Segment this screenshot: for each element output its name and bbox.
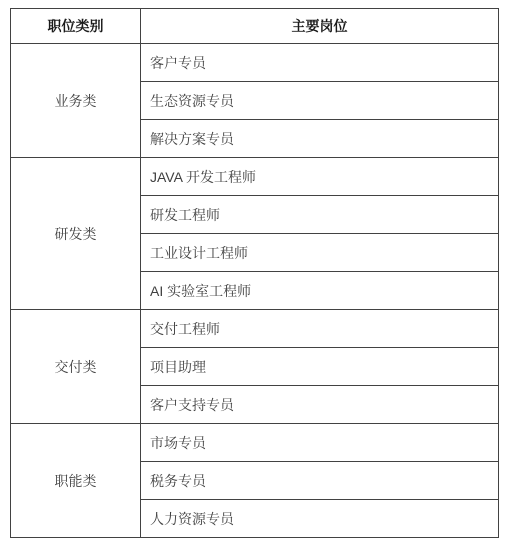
category-cell: 业务类	[11, 44, 141, 158]
job-positions-table: 职位类别 主要岗位 业务类客户专员生态资源专员解决方案专员研发类JAVA 开发工…	[10, 8, 499, 538]
header-category: 职位类别	[11, 9, 141, 44]
category-cell: 交付类	[11, 310, 141, 424]
table-row: 职能类市场专员	[11, 424, 499, 462]
job-positions-table-container: 职位类别 主要岗位 业务类客户专员生态资源专员解决方案专员研发类JAVA 开发工…	[10, 8, 499, 538]
position-cell: 税务专员	[141, 462, 499, 500]
position-cell: AI 实验室工程师	[141, 272, 499, 310]
position-cell: 工业设计工程师	[141, 234, 499, 272]
position-cell: 研发工程师	[141, 196, 499, 234]
position-cell: 生态资源专员	[141, 82, 499, 120]
position-cell: JAVA 开发工程师	[141, 158, 499, 196]
table-row: 研发类JAVA 开发工程师	[11, 158, 499, 196]
position-cell: 交付工程师	[141, 310, 499, 348]
position-cell: 客户支持专员	[141, 386, 499, 424]
header-row: 职位类别 主要岗位	[11, 9, 499, 44]
header-positions: 主要岗位	[141, 9, 499, 44]
category-cell: 职能类	[11, 424, 141, 538]
table-body: 业务类客户专员生态资源专员解决方案专员研发类JAVA 开发工程师研发工程师工业设…	[11, 44, 499, 538]
category-cell: 研发类	[11, 158, 141, 310]
table-row: 业务类客户专员	[11, 44, 499, 82]
position-cell: 市场专员	[141, 424, 499, 462]
position-cell: 客户专员	[141, 44, 499, 82]
position-cell: 项目助理	[141, 348, 499, 386]
table-row: 交付类交付工程师	[11, 310, 499, 348]
position-cell: 人力资源专员	[141, 500, 499, 538]
position-cell: 解决方案专员	[141, 120, 499, 158]
